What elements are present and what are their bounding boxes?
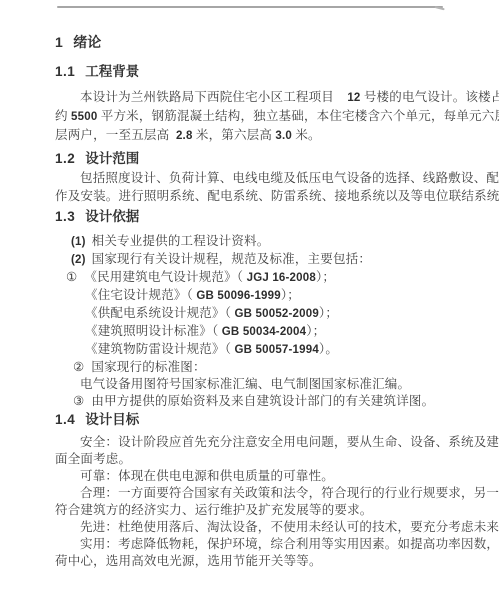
text-run: 平方米，钢筋混凝土结构，独立基础，本住宅楼含六个单元，每单元六层，每 <box>97 109 499 123</box>
text-run: 由甲方提供的原始资料及来自建筑设计部门的有关建筑详图。 <box>91 394 434 408</box>
section-number: 1.3 <box>55 209 75 224</box>
chapter-title: 绪论 <box>73 36 101 51</box>
list-marker: (1) <box>71 236 86 248</box>
text-run: 相关专业提供的工程设计资料。 <box>92 234 270 248</box>
standard-code: JGJ 16-2008 <box>247 272 316 284</box>
text-run: 《民用建筑电气设计规范》（ <box>84 270 246 284</box>
text-run: 《建筑物防雷设计规范》（ <box>85 342 234 356</box>
section-number: 1.1 <box>55 64 75 79</box>
paragraph-line: 层两户，一至五层高 2.8 米，第六层高 3.0 米。 <box>55 126 455 145</box>
section-heading-1-3: 1.3设计依据 <box>55 207 455 227</box>
list-marker: ③ <box>73 394 84 408</box>
section-title: 工程背景 <box>85 64 139 79</box>
text-run: 国家现行有关设计规程，规范及标准，主要包括： <box>92 252 371 266</box>
paragraph-line: 包括照度设计、负荷计算、电线电缆及低压电气设备的选择、线路敷设、配电箱制 <box>55 169 455 187</box>
paragraph-line: 本设计为兰州铁路局下西院住宅小区工程项目 12 号楼的电气设计。该楼占地面积 <box>55 88 455 107</box>
text-run: 《住宅设计规范》（ <box>85 288 196 302</box>
text-run: ）。 <box>319 342 338 356</box>
reference-list: (1)相关专业提供的工程设计资料。 (2)国家现行有关设计规程，规范及标准，主要… <box>55 233 455 410</box>
paragraph-line: 符合建筑方的经济实力、运行维护及扩充发展等的要求。 <box>55 502 455 519</box>
text-run: 本设计为兰州铁路局下西院住宅小区工程项目 <box>80 90 347 104</box>
list-item: ③由甲方提供的原始资料及来自建筑设计部门的有关建筑详图。 <box>55 393 455 410</box>
document-page: 1绪论 1.1工程背景 本设计为兰州铁路局下西院住宅小区工程项目 12 号楼的电… <box>0 0 499 614</box>
paragraph-line: 面全面考虑。 <box>55 451 455 468</box>
list-item: 《供配电系统设计规范》（ GB 50052-2009）； <box>55 305 455 323</box>
paragraph-line: 作及安装。进行照明系统、配电系统、防雷系统、接地系统以及等电位联结系统的设计。 <box>55 187 455 205</box>
section-heading-1-1: 1.1工程背景 <box>55 62 455 82</box>
text-run: 约 <box>55 109 71 123</box>
list-marker: (2) <box>71 254 86 266</box>
text-run: 《供配电系统设计规范》（ <box>85 306 234 320</box>
paragraph-line: 先进：杜绝使用落后、淘汰设备，不使用未经认可的技术，要充分考虑未来发展。 <box>55 519 455 536</box>
list-item: (2)国家现行有关设计规程，规范及标准，主要包括： <box>55 251 455 269</box>
list-item: ②国家现行的标准图： <box>55 359 455 376</box>
text-run: 号楼的电气设计。该楼占地面积 <box>361 90 499 104</box>
number-run: 3.0 <box>275 130 292 142</box>
text-run: ）； <box>281 288 300 302</box>
text-run: 《建筑照明设计标准》（ <box>85 324 222 338</box>
list-item: (1)相关专业提供的工程设计资料。 <box>55 233 455 251</box>
paragraph-line: 可靠：体现在供电电源和供电质量的可靠性。 <box>55 468 455 485</box>
standard-code: GB 50052-2009 <box>234 308 318 320</box>
standard-code: GB 50034-2004 <box>222 326 306 338</box>
list-marker: ① <box>66 270 77 284</box>
text-run: 米。 <box>292 128 321 142</box>
section-title: 设计范围 <box>85 151 139 166</box>
list-item: 电气设备用图符号国家标准汇编、电气制图国家标准汇编。 <box>55 376 455 393</box>
list-item: ①《民用建筑电气设计规范》（ JGJ 16-2008）； <box>55 269 455 287</box>
text-run: ）； <box>306 324 325 338</box>
number-run: 5500 <box>71 111 97 123</box>
text-run: 层两户，一至五层高 <box>55 128 176 142</box>
goals-paragraphs: 安全：设计阶段应首先充分注意安全用电问题，要从生命、设备、系统及建筑等方 面全面… <box>55 434 455 570</box>
paragraph-line: 合理：一方面要符合国家有关政策和法令，符合现行的行业行规要求，另一方面要 <box>55 485 455 502</box>
section-heading-1-2: 1.2设计范围 <box>55 149 455 169</box>
list-item: 《建筑照明设计标准》（ GB 50034-2004）； <box>55 323 455 341</box>
number-run: 12 <box>347 92 360 104</box>
section-number: 1.4 <box>55 412 75 427</box>
list-item: 《建筑物防雷设计规范》（ GB 50057-1994）。 <box>55 341 455 359</box>
section-title: 设计目标 <box>85 412 139 427</box>
chapter-heading: 1绪论 <box>55 32 455 54</box>
paragraph-line: 约 5500 平方米，钢筋混凝土结构，独立基础，本住宅楼含六个单元，每单元六层，… <box>55 107 455 126</box>
text-run: ）； <box>316 270 335 284</box>
text-run: 米，第六层高 <box>193 128 276 142</box>
text-run: ）； <box>319 306 338 320</box>
standard-code: GB 50096-1999 <box>196 290 280 302</box>
text-run: 国家现行的标准图： <box>91 360 205 374</box>
standard-code: GB 50057-1994 <box>234 344 318 356</box>
section-heading-1-4: 1.4设计目标 <box>55 410 455 430</box>
list-item: 《住宅设计规范》（ GB 50096-1999）； <box>55 287 455 305</box>
number-run: 2.8 <box>176 130 193 142</box>
section-title: 设计依据 <box>85 209 139 224</box>
list-marker: ② <box>73 360 84 374</box>
paragraph-line: 荷中心，选用高效电光源，选用节能开关等等。 <box>55 553 455 570</box>
paragraph-line: 安全：设计阶段应首先充分注意安全用电问题，要从生命、设备、系统及建筑等方 <box>55 434 455 451</box>
chapter-number: 1 <box>55 34 63 50</box>
paragraph-line: 实用：考虑降低物耗，保护环境，综合利用等实用因素。如提高功率因数，深入负 <box>55 536 455 553</box>
document-content: 1绪论 1.1工程背景 本设计为兰州铁路局下西院住宅小区工程项目 12 号楼的电… <box>55 0 455 570</box>
section-number: 1.2 <box>55 151 75 166</box>
